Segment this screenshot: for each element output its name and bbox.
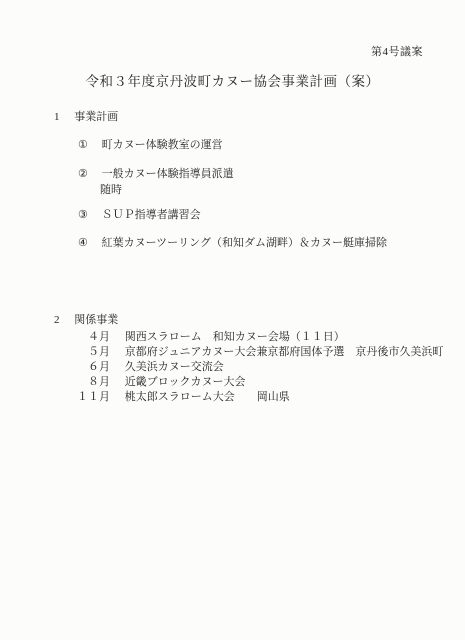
event-row-august: ８月 近畿ブロックカヌー大会 bbox=[70, 373, 246, 389]
section-2-number: 2 bbox=[54, 314, 60, 326]
event-month-august: ８月 bbox=[70, 373, 110, 389]
plan-item-4-marker: ④ bbox=[78, 236, 88, 249]
plan-item-4: ④ 紅葉カヌーツーリング（和知ダム湖畔）＆カヌー艇庫掃除 bbox=[78, 234, 387, 250]
plan-item-1-marker: ① bbox=[78, 138, 88, 151]
section-2-label: 関係事業 bbox=[74, 311, 118, 327]
plan-item-4-text: 紅葉カヌーツーリング（和知ダム湖畔）＆カヌー艇庫掃除 bbox=[102, 234, 387, 250]
event-row-november: １１月 桃太郎スラローム大会 岡山県 bbox=[70, 388, 290, 404]
document-page: 第4号議案 令和３年度京丹波町カヌー協会事業計画（案） 1 事業計画 ① 町カヌ… bbox=[0, 0, 465, 640]
plan-item-2: ② 一般カヌー体験指導員派遣 bbox=[78, 165, 234, 181]
section-1-label: 事業計画 bbox=[74, 108, 118, 124]
plan-item-3-text: ＳＵＰ指導者講習会 bbox=[102, 206, 201, 222]
plan-item-2-text: 一般カヌー体験指導員派遣 bbox=[102, 165, 234, 181]
plan-item-1: ① 町カヌー体験教室の運営 bbox=[78, 136, 223, 152]
section-1-number: 1 bbox=[54, 111, 60, 123]
plan-item-2-note: 随時 bbox=[100, 181, 122, 197]
event-text-november: 桃太郎スラローム大会 岡山県 bbox=[125, 388, 290, 404]
event-row-april: ４月 関西スラローム 和知カヌー会場（１１日） bbox=[70, 328, 345, 344]
page-title: 令和３年度京丹波町カヌー協会事業計画（案） bbox=[0, 70, 465, 90]
event-month-may: ５月 bbox=[70, 343, 110, 359]
plan-item-3-marker: ③ bbox=[78, 208, 88, 221]
plan-item-1-text: 町カヌー体験教室の運営 bbox=[102, 136, 223, 152]
event-row-may: ５月 京都府ジュニアカヌー大会兼京都府国体予選 京丹後市久美浜町 bbox=[70, 343, 443, 359]
doc-number-label: 第4号議案 bbox=[371, 43, 423, 59]
event-text-june: 久美浜カヌー交流会 bbox=[125, 358, 224, 374]
event-text-august: 近畿ブロックカヌー大会 bbox=[125, 373, 246, 389]
event-month-june: ６月 bbox=[70, 358, 110, 374]
event-month-april: ４月 bbox=[70, 328, 110, 344]
event-month-november: １１月 bbox=[70, 388, 110, 404]
plan-item-3: ③ ＳＵＰ指導者講習会 bbox=[78, 206, 201, 222]
section-2-heading: 2 関係事業 bbox=[54, 311, 118, 327]
plan-item-2-marker: ② bbox=[78, 167, 88, 180]
event-text-may: 京都府ジュニアカヌー大会兼京都府国体予選 京丹後市久美浜町 bbox=[125, 343, 444, 359]
section-1-heading: 1 事業計画 bbox=[54, 108, 118, 124]
event-row-june: ６月 久美浜カヌー交流会 bbox=[70, 358, 224, 374]
event-text-april: 関西スラローム 和知カヌー会場（１１日） bbox=[125, 328, 345, 344]
